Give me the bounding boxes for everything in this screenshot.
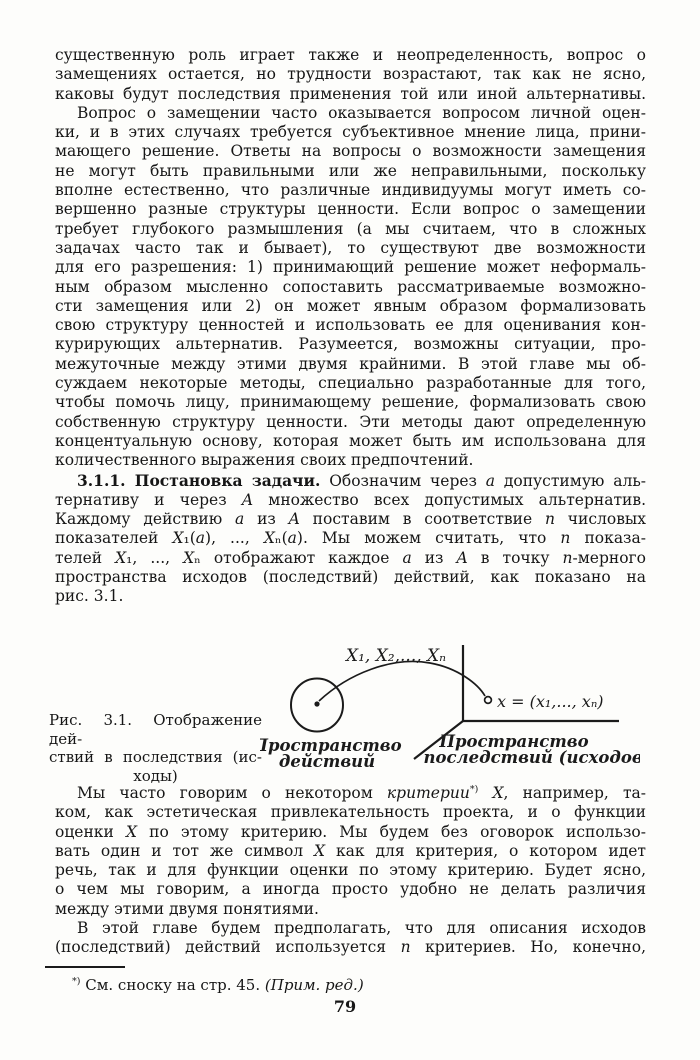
figure-caption-line: ходы) [49,767,262,786]
paragraph: В этой главе будем предполагать, что для… [55,919,646,958]
text-line: между этими двумя понятиями. [55,900,646,919]
text-line: о чем мы говорим, а иногда просто удобно… [55,880,646,899]
text-line: тернативу и через A множество всех допус… [55,491,646,510]
text-line: Вопрос о замещении часто оказывается воп… [55,104,646,123]
text-line: телей X₁, ..., Xₙ отображают каждое a из… [55,549,646,568]
text-line: рис. 3.1. [55,587,646,606]
paragraph: существенную роль играет также и неопред… [55,46,646,104]
text-line: чтобы помочь лицу, принимающему решение,… [55,393,646,412]
text-line: концентуальную основу, которая может быт… [55,432,646,451]
text-line: существенную роль играет также и неопред… [55,46,646,65]
text-line: не могут быть правильными или же неправи… [55,162,646,181]
paragraph: 3.1.1. Постановка задачи. Обозначим чере… [55,471,646,607]
text-line: собственную структуру ценности. Эти мето… [55,413,646,432]
footnote-separator [45,966,125,968]
text-block-upper: существенную роль играет также и неопред… [55,46,646,607]
text-line: пространства исходов (последствий) дейст… [55,568,646,587]
text-line: межуточные между этими двумя крайними. В… [55,355,646,374]
text-line: мающего решение. Ответы на вопросы о воз… [55,142,646,161]
paragraph: Мы часто говорим о некотором критерии*) … [55,784,646,919]
book-page: существенную роль играет также и неопред… [0,0,700,1060]
text-line: вполне естественно, что различные индиви… [55,181,646,200]
action-point-dot [314,701,319,706]
text-line: свою структуру ценностей и использовать … [55,316,646,335]
text-line: требует глубокого размышления (а мы счит… [55,220,646,239]
text-line: курирующих альтернатив. Разумеется, возм… [55,335,646,354]
figure-caption-line: ствий в последствия (ис- [49,748,262,767]
text-line: (последствий) действий используется n кр… [55,938,646,957]
text-line: В этой главе будем предполагать, что для… [55,919,646,938]
page-number: 79 [0,997,690,1016]
text-line: ки, и в этих случаях требуется субъектив… [55,123,646,142]
text-line: суждаем некоторые методы, специально раз… [55,374,646,393]
text-line: для его разрешения: 1) принимающий решен… [55,258,646,277]
mapping-arc [319,661,485,701]
mapping-arc-label: X₁, X₂,..., Xₙ [344,646,446,666]
text-line: Каждому действию a из A поставим в соотв… [55,510,646,529]
paragraph: Вопрос о замещении часто оказывается воп… [55,104,646,471]
text-line: количественного выражения своих предпочт… [55,451,646,470]
text-block-lower: Мы часто говорим о некотором критерии*) … [55,784,646,958]
figure-drawing: X₁, X₂,..., Xₙ x = (x₁,..., xₙ) Простран… [260,630,640,790]
footnote-text: См. сноску на стр. 45. [80,976,264,994]
text-line: задачах часто так и бывает), то существу… [55,239,646,258]
text-line: оценки X по этому критерию. Мы будем без… [55,823,646,842]
outcome-space-label-line2: последствий (исходов) [424,748,641,767]
figure-caption-line: Рис. 3.1. Отображение дей- [49,711,262,748]
outcome-point [485,697,492,704]
text-line: вершенно разные структуры ценности. Если… [55,200,646,219]
figure-caption: Рис. 3.1. Отображение дей- ствий в после… [49,711,262,785]
text-line: замещениях остается, но трудности возрас… [55,65,646,84]
outcome-point-label: x = (x₁,..., xₙ) [497,692,604,711]
text-line: ком, как эстетическая привлекательность … [55,803,646,822]
action-space-label-line2: действий [279,752,375,771]
text-line: показателей X₁(a), ..., Xₙ(a). Мы можем … [55,529,646,548]
text-line: каковы будут последствия применения той … [55,85,646,104]
footnote-marker: *) [55,976,80,987]
text-line: 3.1.1. Постановка задачи. Обозначим чере… [55,471,646,491]
figure-3-1: Рис. 3.1. Отображение дей- ствий в после… [0,606,700,784]
text-line: речь, так и для функции оценки по этому … [55,861,646,880]
text-line: сти замещения или 2) он может явным обра… [55,297,646,316]
text-line: вать один и тот же символ X как для крит… [55,842,646,861]
text-line: Мы часто говорим о некотором критерии*) … [55,784,646,803]
text-line: ным образом мысленно сопоставить рассмат… [55,278,646,297]
footnote-editor-note: (Прим. ред.) [265,976,364,994]
footnote: *) См. сноску на стр. 45. (Прим. ред.) [55,976,646,995]
